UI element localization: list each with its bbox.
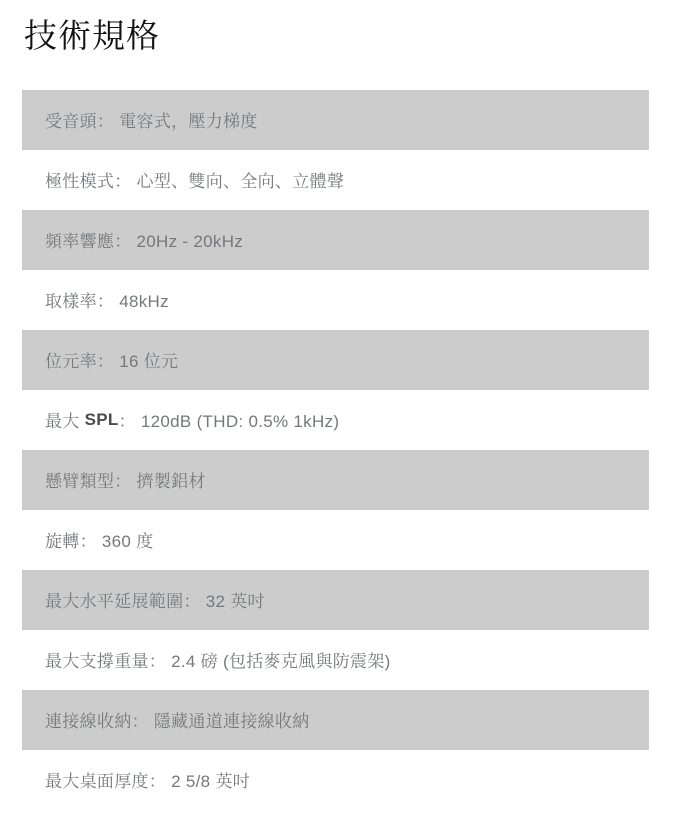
spec-row: 受音頭： 電容式，壓力梯度 — [22, 90, 649, 150]
spec-text: 頻率響應： 20Hz - 20kHz — [45, 227, 243, 252]
spec-text: 旋轉： 360 度 — [45, 527, 154, 552]
spec-text: ： 120dB (THD: 0.5% 1kHz) — [119, 407, 340, 432]
spec-text: 極性模式： 心型、雙向、全向、立體聲 — [45, 167, 344, 192]
spec-text: 取樣率： 48kHz — [45, 287, 169, 312]
spec-row: 取樣率： 48kHz — [22, 270, 649, 330]
spec-text: 最大支撐重量： 2.4 磅 (包括麥克風與防震架) — [45, 647, 391, 672]
spec-row: 最大桌面厚度： 2 5/8 英吋 — [22, 750, 649, 810]
page-title: 技術規格 — [24, 14, 649, 59]
spec-text: 連接線收納： 隱藏通道連接線收納 — [45, 707, 310, 732]
spec-row: 位元率： 16 位元 — [22, 330, 649, 390]
spec-row: 最大支撐重量： 2.4 磅 (包括麥克風與防震架) — [22, 630, 649, 690]
spec-row: 最大水平延展範圍： 32 英吋 — [22, 570, 649, 630]
spec-table: 受音頭： 電容式，壓力梯度極性模式： 心型、雙向、全向、立體聲頻率響應： 20H… — [22, 90, 649, 810]
spec-label-bold: SPL — [85, 410, 119, 430]
spec-row: 連接線收納： 隱藏通道連接線收納 — [22, 690, 649, 750]
spec-text: 懸臂類型： 擠製鋁材 — [45, 467, 206, 492]
spec-text: 受音頭： 電容式，壓力梯度 — [45, 107, 258, 132]
spec-text: 最大桌面厚度： 2 5/8 英吋 — [45, 767, 250, 792]
spec-text: 最大 — [45, 407, 85, 432]
spec-row: 最大 SPL： 120dB (THD: 0.5% 1kHz) — [22, 390, 649, 450]
spec-text: 最大水平延展範圍： 32 英吋 — [45, 587, 265, 612]
spec-row: 頻率響應： 20Hz - 20kHz — [22, 210, 649, 270]
spec-row: 懸臂類型： 擠製鋁材 — [22, 450, 649, 510]
spec-row: 旋轉： 360 度 — [22, 510, 649, 570]
spec-row: 極性模式： 心型、雙向、全向、立體聲 — [22, 150, 649, 210]
spec-text: 位元率： 16 位元 — [45, 347, 178, 372]
